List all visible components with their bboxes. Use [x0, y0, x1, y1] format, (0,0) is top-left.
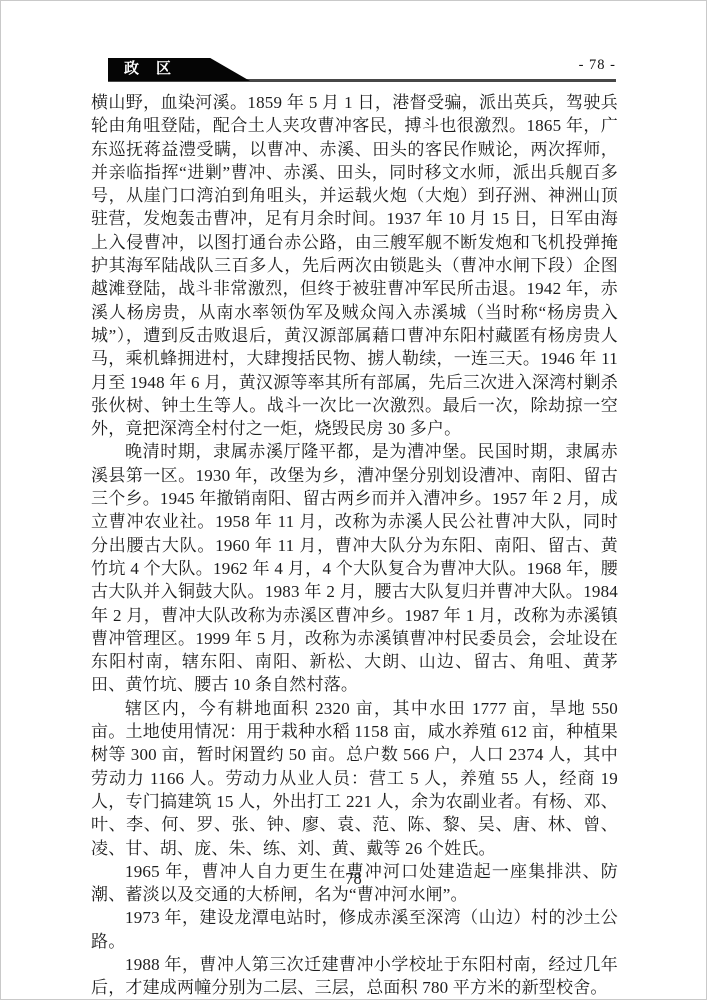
- paragraph-history-conflicts: 横山野，血染河溪。1859 年 5 月 1 日，港督受骗，派出英兵，驾驶兵轮由角…: [91, 91, 618, 440]
- header-page-marker: - 78 -: [579, 57, 616, 74]
- footer-page-number: 78: [1, 869, 706, 889]
- page-body: 横山野，血染河溪。1859 年 5 月 1 日，港督受骗，派出英兵，驾驶兵轮由角…: [91, 91, 618, 1000]
- paragraph-land-population: 辖区内，今有耕地面积 2320 亩，其中水田 1777 亩，旱地 550 亩。土…: [91, 697, 618, 860]
- paragraph-1988-school: 1988 年，曹冲人第三次迁建曹冲小学校址于东阳村南，经过几年后，才建成两幢分别…: [91, 953, 618, 1000]
- paragraph-1973-road: 1973 年，建设龙潭电站时，修成赤溪至深湾（山边）村的沙土公路。: [91, 906, 618, 953]
- section-banner: 政 区: [108, 58, 250, 81]
- paragraph-administrative-history: 晚清时期，隶属赤溪厅隆平都，是为漕冲堡。民国时期，隶属赤溪县第一区。1930 年…: [91, 440, 618, 696]
- section-title: 政 区: [108, 62, 172, 77]
- book-page: 政 区 - 78 - 横山野，血染河溪。1859 年 5 月 1 日，港督受骗，…: [0, 0, 707, 1000]
